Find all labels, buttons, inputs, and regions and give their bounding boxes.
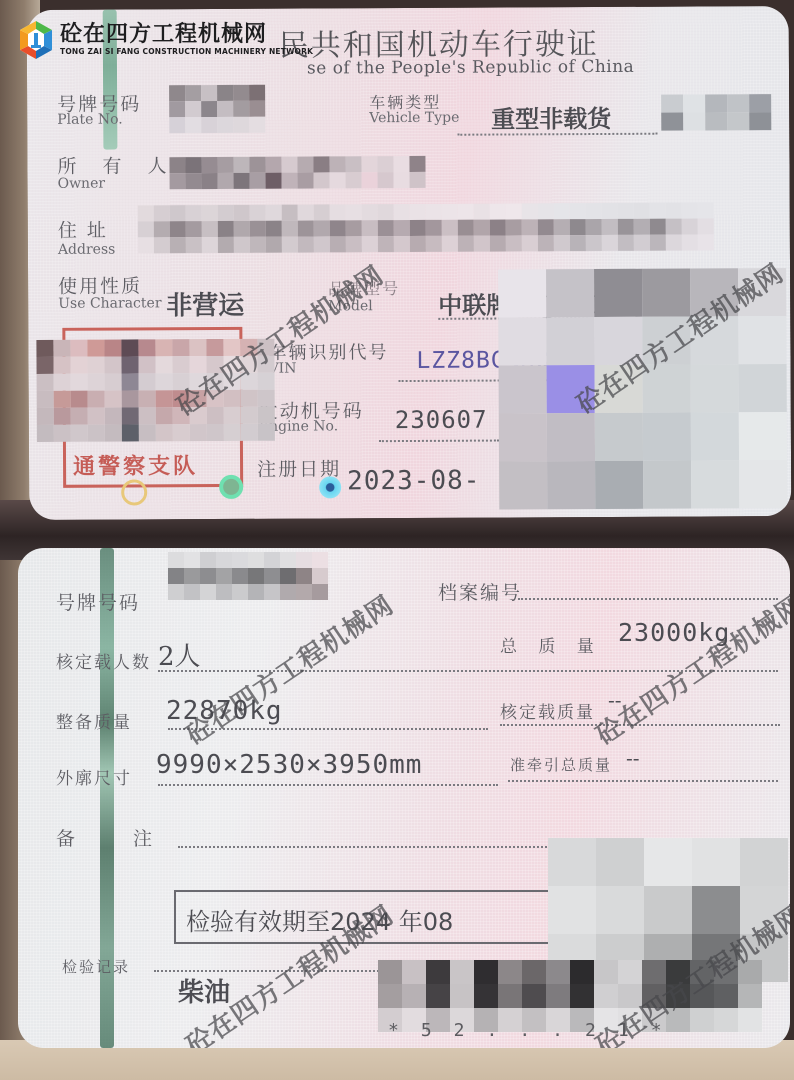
license-title-en: se of the People's Republic of China [307, 57, 634, 79]
hologram-ring-icon [121, 479, 147, 505]
address-value-redacted [138, 202, 714, 253]
vehicle-type-redacted [661, 94, 771, 131]
remarks-label: 备 注 [56, 824, 178, 851]
site-logo: 砼在四方工程机械网 TONG ZAI SI FANG CONSTRUCTION … [18, 20, 313, 60]
register-date-value: 2023-08- [347, 466, 480, 497]
traction-mass-label: 准牵引总质量 [510, 754, 612, 775]
engine-value: 230607 [395, 406, 488, 434]
license-front-page: 民共和国机动车行驶证 se of the People's Republic o… [27, 6, 792, 520]
owner-label: 所 有 人 [57, 151, 176, 179]
traction-mass-value: -- [626, 746, 640, 770]
address-label: 住 址 [58, 216, 108, 243]
owner-label-en: Owner [58, 176, 106, 192]
dotted-rule [518, 598, 778, 600]
plate-value-redacted [169, 85, 265, 134]
dotted-rule [457, 133, 657, 136]
back-plate-redacted [168, 552, 328, 600]
logo-name-en: TONG ZAI SI FANG CONSTRUCTION MACHINERY … [60, 47, 313, 57]
use-character-label-en: Use Character [58, 295, 161, 312]
dotted-rule [158, 784, 498, 786]
dimensions-value: 9990×2530×3950mm [156, 750, 422, 780]
use-character-value: 非营运 [166, 285, 244, 322]
watermark: 砼在四方工程机械网 [588, 585, 790, 752]
vehicle-type-value: 重型非载货 [491, 99, 611, 135]
owner-value-redacted [169, 156, 425, 189]
address-label-en: Address [58, 242, 115, 258]
dotted-rule [508, 780, 778, 782]
passengers-label: 核定载人数 [56, 648, 151, 673]
back-plate-label: 号牌号码 [56, 588, 140, 615]
inspection-validity-text: 检验有效期至2024 年08 [186, 902, 453, 937]
rated-load-label: 核定载质量 [500, 698, 595, 723]
logo-hexagon-icon [18, 20, 54, 60]
hologram-seal-icon [219, 475, 243, 499]
file-no-label: 档案编号 [438, 578, 522, 605]
dimensions-label: 外廓尺寸 [56, 764, 132, 789]
license-back-page: 号牌号码 档案编号 核定载人数 2人 总 质 量 23000kg 整备质量 22… [18, 548, 790, 1048]
inspection-record-label: 检验记录 [62, 956, 130, 977]
hologram-dot-icon [319, 476, 341, 498]
total-mass-label: 总 质 量 [500, 632, 602, 657]
logo-name-cn: 砼在四方工程机械网 [60, 23, 313, 47]
vehicle-type-label-en: Vehicle Type [369, 110, 459, 126]
curb-mass-label: 整备质量 [56, 708, 132, 733]
passengers-value: 2人 [158, 636, 201, 673]
watermark: 砼在四方工程机械网 [178, 585, 400, 752]
stamp-text: 通警察支队 [73, 449, 198, 481]
dotted-rule [379, 440, 499, 443]
plate-label-en: Plate No. [57, 111, 123, 127]
